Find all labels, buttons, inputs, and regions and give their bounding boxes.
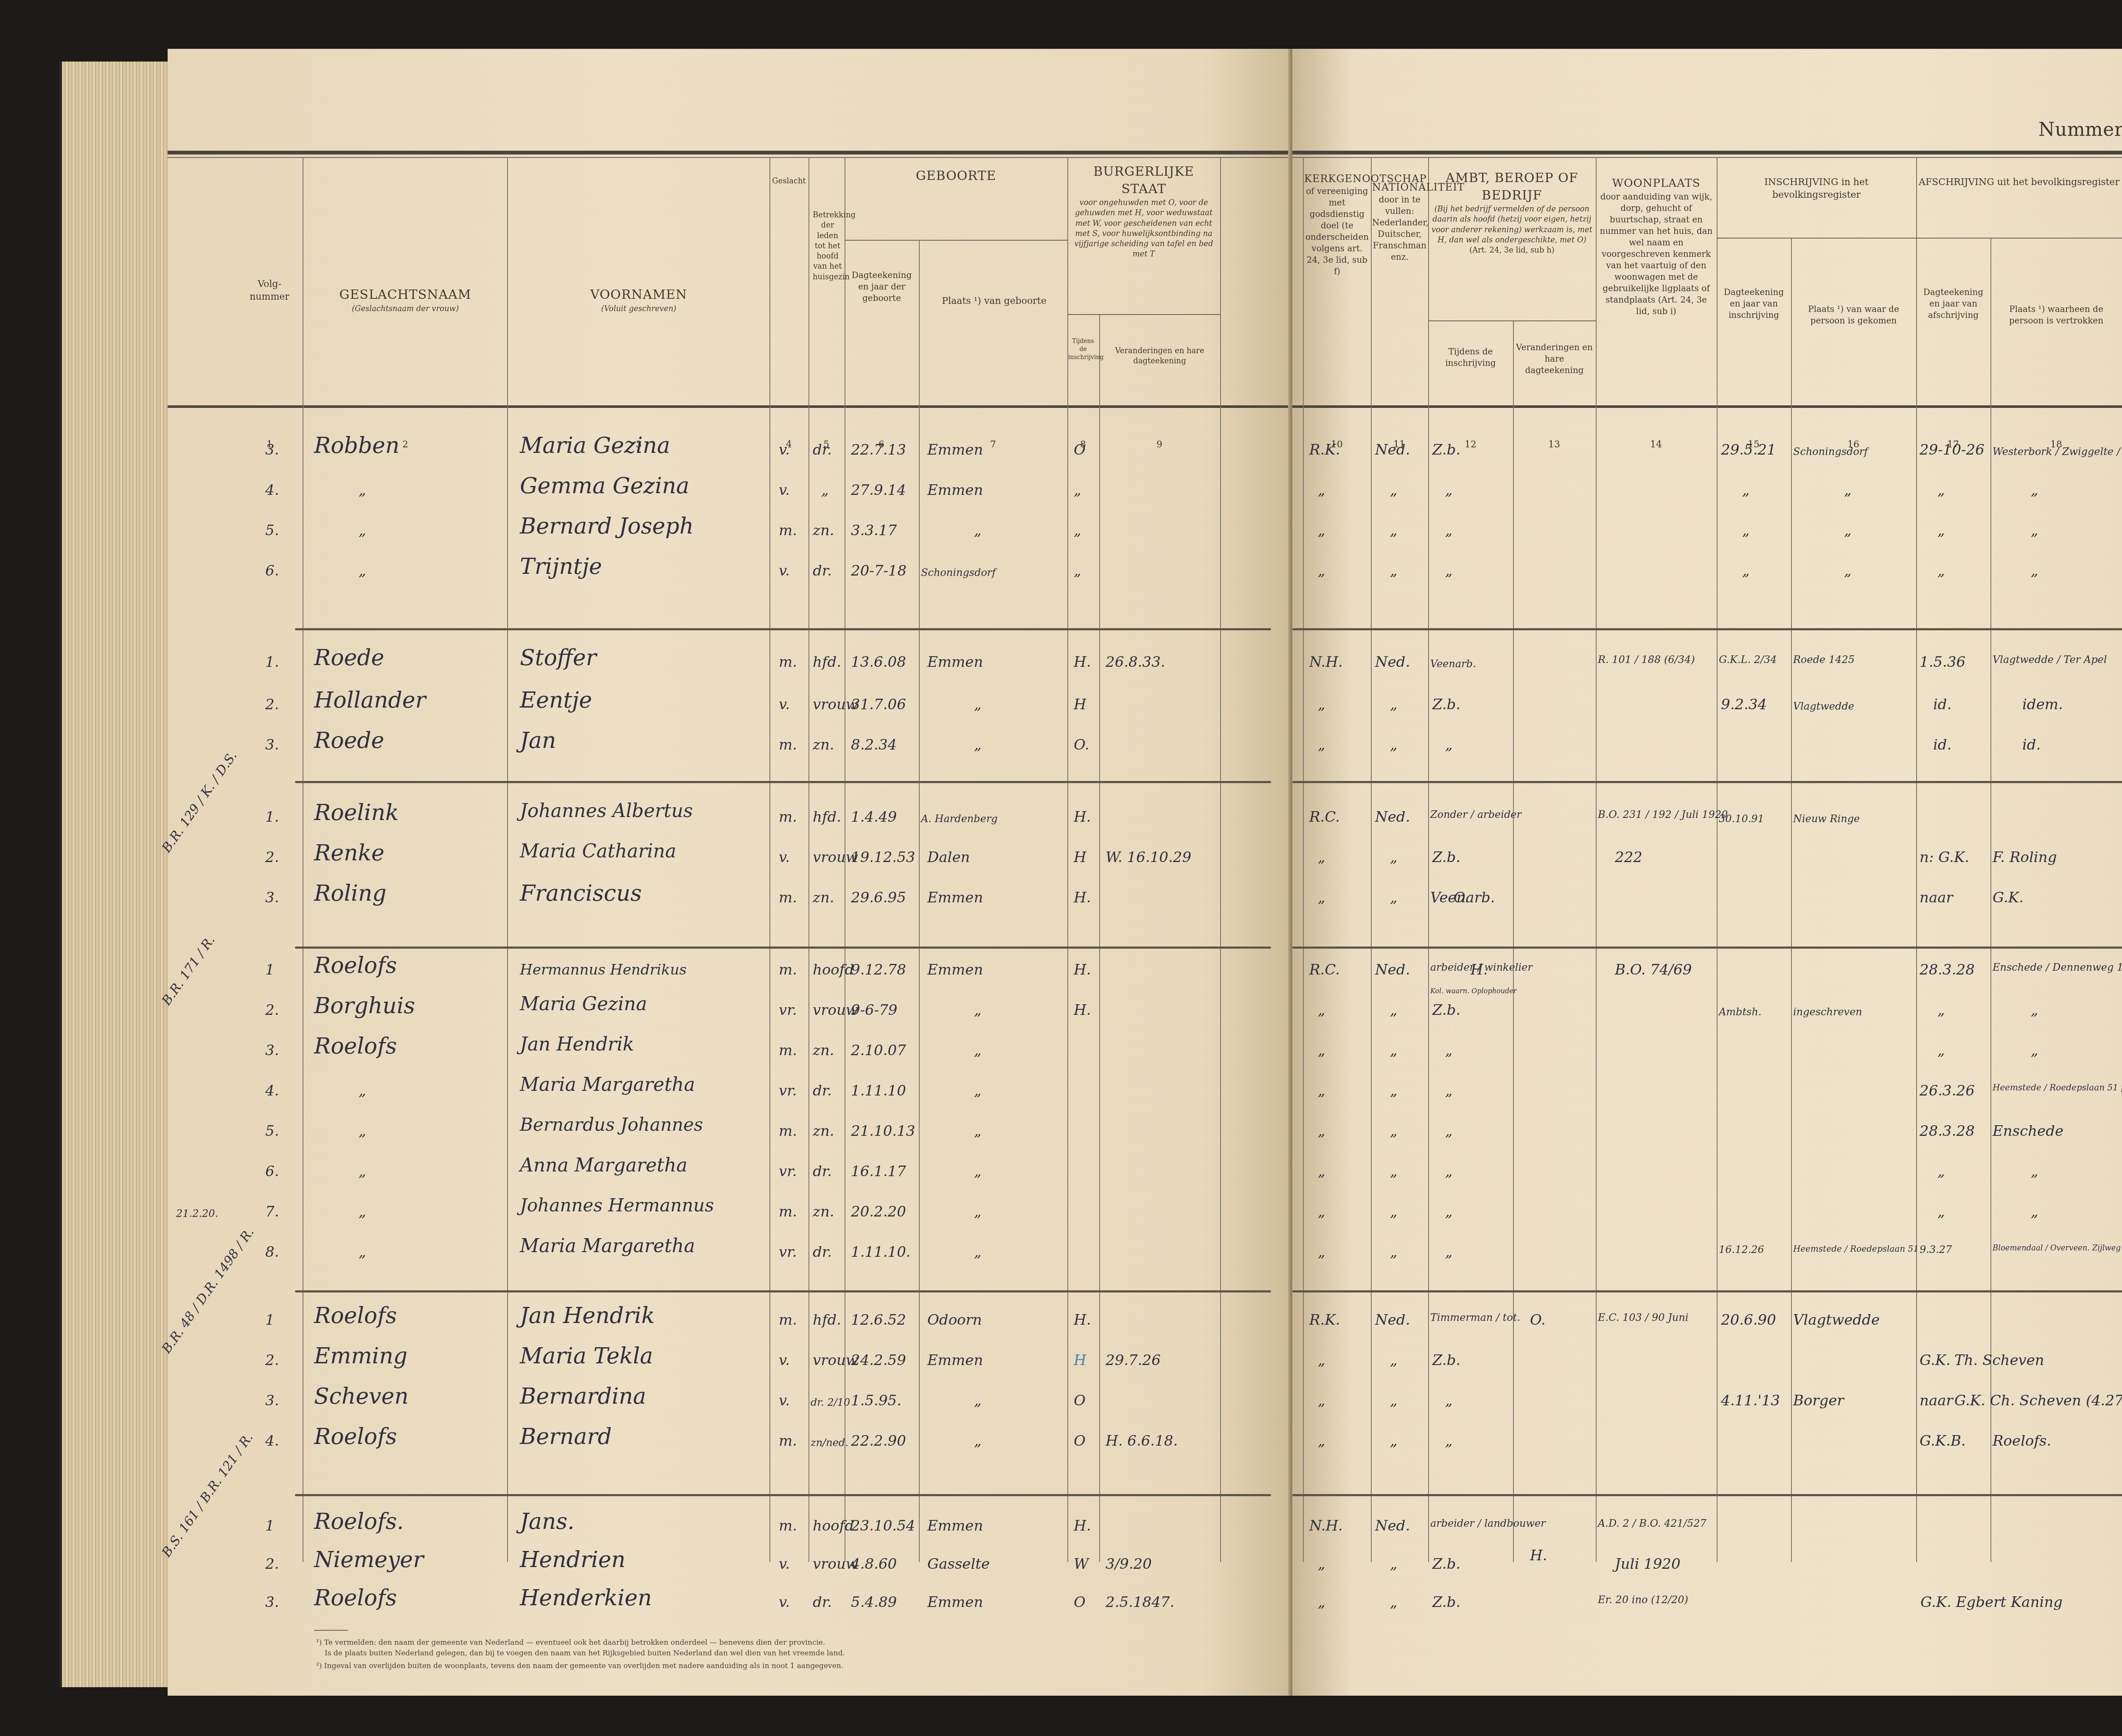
col-divider [919,240,920,1562]
given-names: Bernardina [520,1384,646,1409]
birth-date: 16.1.17 [851,1163,906,1180]
ambt-art: (Art. 24, 3e lid, sub h) [1469,246,1555,255]
relation: hoofd [813,1517,854,1534]
deregistration-date: „ [1937,1002,1945,1019]
surname: Roelofs [314,1303,397,1329]
deregistration-to: „ [2031,522,2038,539]
group-divider [1292,1290,2122,1292]
sex: v. [779,1352,790,1369]
address: Er. 20 ino (12/20) [1598,1594,1688,1606]
given-names: Bernardus Johannes [520,1114,703,1135]
surname: Roelink [314,800,399,826]
given-names: Henderkien [520,1585,652,1611]
church: „ [1318,696,1325,713]
sex: v. [779,482,790,499]
birth-date: 1.11.10. [851,1244,911,1261]
nationality: „ [1390,696,1398,713]
deregistration-to: F. Roling [1993,849,2057,866]
deregistration-to: G.K. Ch. Scheven (4.27) [1954,1392,2122,1409]
header-geslachtsnaam-sub: (Geslachtsnaam der vrouw) [308,304,503,314]
church: R.C. [1309,961,1340,978]
group-divider [1292,781,2122,783]
birth-date: 19.12.53 [851,849,915,866]
nationality: „ [1390,1594,1398,1611]
church: R.K. [1309,1312,1340,1329]
occupation-change: H. [1530,1547,1547,1564]
birth-date: 23.10.54 [851,1517,915,1534]
surname: Roling [314,881,387,906]
relation: dr. 2/10 [811,1396,850,1408]
deregistration-date: 9.3.27 [1920,1244,1952,1256]
occupation: „ [1445,482,1453,499]
occupation-change: H. [1471,961,1488,978]
given-names: Bernard [520,1424,612,1449]
birth-date: 9.12.78 [851,961,906,978]
row-nr: 7. [265,1203,279,1220]
col-divider [303,157,303,1562]
ambt-title: AMBT, BEROEP OF BEDRIJF [1430,170,1594,204]
deregistration-date: n: G.K. [1920,849,1969,866]
surname: Robben [314,433,399,458]
deregistration-date: „ [1937,562,1945,579]
row-nr: 2. [265,1352,279,1369]
registration-date: G.K.L. 2/34 [1719,654,1777,666]
deregistration-to: Enschede / Dennenweg 125 [1993,961,2122,973]
registration-from: Nieuw Ringe [1793,813,1860,825]
birth-place: Odoorn [927,1312,982,1329]
given-names: Johannes Albertus [520,800,693,822]
birth-place: „ [974,522,982,539]
group-divider [295,1290,1271,1292]
nationality: „ [1390,1556,1398,1573]
church: R.K. [1309,441,1340,458]
occupation: Z.b. [1432,696,1460,713]
row-nr: 2. [265,1556,279,1573]
birth-place: Emmen [927,654,983,671]
deregistration-date: „ [1937,1042,1945,1059]
row-nr: 5. [265,1123,279,1140]
colnum-13: 13 [1541,439,1567,450]
row-nr: 3. [265,736,279,753]
given-names: Trijntje [520,554,602,579]
sex: m. [779,809,797,826]
birth-place: „ [974,1082,982,1099]
register-book: Volg-nummer GESLACHTSNAAM (Geslachtsnaam… [59,49,2122,1696]
staat-subrule [1067,314,1220,315]
civil-status: H. [1074,1002,1091,1019]
birth-date: 1.4.49 [851,809,897,826]
nationality: „ [1390,849,1398,866]
occupation: „ [1445,1042,1453,1059]
given-names: Bernard Joseph [520,514,693,539]
left-page: Volg-nummer GESLACHTSNAAM (Geslachtsnaam… [168,49,1292,1696]
nationality: „ [1390,1352,1398,1369]
church: „ [1318,522,1325,539]
col-divider [769,157,770,1562]
civil-status: O. [1074,736,1089,753]
nationality: „ [1390,1203,1398,1220]
header-afschrijving-date: Dagteekening en jaar van afschrijving [1918,287,1988,321]
church: „ [1318,1163,1325,1180]
surname: Roelofs [314,1034,397,1059]
deregistration-date: „ [1937,522,1945,539]
church: „ [1318,849,1325,866]
deregistration-to: Roelofs. [1993,1433,2051,1449]
group-divider [295,781,1271,783]
sex: v. [779,849,790,866]
civil-status: O [1074,1433,1086,1449]
margin-date: 21.2.20. [176,1208,218,1219]
sex: m. [779,1042,797,1059]
row-nr: 3. [265,1594,279,1611]
given-names: Maria Gezina [520,993,647,1015]
nationality: „ [1390,1002,1398,1019]
surname: „ [359,522,366,539]
birth-date: 22.7.13 [851,441,906,458]
occupation: Z.b. [1432,1352,1460,1369]
birth-place: Schoningsdorf [921,567,996,579]
deregistration-to: Bloemendaal / Overveen. Zijlweg 256. [1993,1244,2122,1253]
deregistration-date: „ [1937,1163,1945,1180]
birth-place: „ [974,1433,982,1449]
relation: zn. [813,736,834,753]
row-nr: 3. [265,441,279,458]
colnum-7: 7 [980,439,1006,450]
given-names: Maria Tekla [520,1343,653,1369]
civil-status: O [1074,1594,1086,1611]
civil-change: 2.5.1847. [1106,1594,1174,1611]
sex: vr. [779,1082,797,1099]
deregistration-to: Enschede [1993,1123,2063,1140]
given-names: Stoffer [520,645,596,671]
registration-date: 29.5.21 [1721,441,1776,458]
nationality: Ned. [1375,441,1410,458]
col-divider [1099,314,1100,1562]
birth-place: Emmen [927,889,983,906]
relation: „ [821,482,829,499]
deregistration-date: 1.5.36 [1920,654,1965,671]
deregistration-to: „ [2031,562,2038,579]
header-bottom-rule [1292,405,2122,408]
row-nr: 1. [265,654,279,671]
civil-status: „ [1074,522,1081,539]
registration-from: Vlagtwedde [1793,1312,1880,1329]
occupation: Z.b. [1432,1002,1460,1019]
deregistration-to: „ [2031,1002,2038,1019]
burgerlijke-staat-label: BURGERLIJKE STAAT [1069,163,1218,198]
occupation-change: O. [1454,889,1469,906]
birth-place: A. Hardenberg [921,813,998,825]
civil-status: H. [1074,1517,1091,1534]
occupation: „ [1445,1392,1453,1409]
deregistration-date: naar [1920,1392,1953,1409]
birth-place: Gasselte [927,1556,990,1573]
registration-from: Roede 1425 [1793,654,1855,666]
row-nr: 6. [265,562,279,579]
surname: „ [359,482,366,499]
header-ambt-tijdens: Tijdens de inschrijving [1430,346,1511,369]
occupation: Timmerman / tot. [1430,1312,1520,1323]
occupation: Zonder / arbeider [1430,809,1521,820]
sex: m. [779,654,797,671]
surname: Scheven [314,1384,409,1409]
occupation-note: Kol. waarn. Oplophouder [1430,987,1516,995]
given-names: Franciscus [520,881,642,906]
header-voornamen-sub: (Voluit geschreven) [511,304,766,314]
civil-status: H [1074,1352,1086,1369]
surname: Roelofs. [314,1509,404,1534]
surname: Borghuis [314,993,415,1019]
header-burgerlijke-staat: BURGERLIJKE STAAT voor ongehuwden met O,… [1069,163,1218,260]
registration-date: 4.11.'13 [1721,1392,1780,1409]
burgerlijke-staat-note: voor ongehuwden met O, voor de gehuwden … [1069,198,1218,260]
birth-date: 20.2.20 [851,1203,906,1220]
birth-date: 12.6.52 [851,1312,906,1329]
registration-date: „ [1742,562,1750,579]
nationality: „ [1390,1244,1398,1261]
church: „ [1318,1082,1325,1099]
birth-date: 3.3.17 [851,522,897,539]
nationality: „ [1390,736,1398,753]
birth-place: „ [974,1002,982,1019]
row-nr: 6. [265,1163,279,1180]
deregistration-date: G.K.B. [1920,1433,1966,1449]
given-names: Hendrien [520,1547,626,1573]
given-names: Eentje [520,688,592,713]
civil-status: O [1074,441,1086,458]
civil-status: H. [1074,654,1091,671]
address: A.D. 2 / B.O. 421/527 [1598,1517,1707,1529]
church: „ [1318,482,1325,499]
header-voornamen: VOORNAMEN (Voluit geschreven) [511,287,766,314]
civil-status: H. [1074,809,1091,826]
relation: hfd. [813,654,841,671]
birth-date: 13.6.08 [851,654,906,671]
group-divider [295,628,1271,630]
deregistration-date: id. [1933,696,1951,713]
civil-status: H. [1074,961,1091,978]
deregistration-to: „ [2031,482,2038,499]
civil-status: „ [1074,482,1081,499]
birth-place: „ [974,1244,982,1261]
given-names: Jans. [520,1509,575,1534]
nationality: „ [1390,522,1398,539]
row-nr: 1 [265,961,275,978]
deregistration-date: 28.3.28 [1920,961,1975,978]
church: „ [1318,889,1325,906]
church: „ [1318,1392,1325,1409]
row-nr: 3. [265,1392,279,1409]
registration-from: ingeschreven [1793,1006,1862,1018]
birth-date: 31.7.06 [851,696,906,713]
relation: zn/ned. [811,1437,848,1449]
registration-date: 9.2.34 [1721,696,1767,713]
deregistration-to: „ [2031,1163,2038,1180]
group-divider [295,947,1271,949]
deregistration-date: 29-10-26 [1920,441,1984,458]
registration-from: Borger [1793,1392,1844,1409]
nationality: Ned. [1375,1312,1410,1329]
header-geslacht: Geslacht [770,176,808,186]
relation: zn. [813,1042,834,1059]
birth-date: 20-7-18 [851,562,907,579]
header-voornamen-title: VOORNAMEN [511,287,766,304]
col-divider [1513,320,1514,1562]
right-page: Nummer van het blad KERKGENOOTSCHAP of v… [1292,49,2122,1696]
civil-change: H. 6.6.18. [1106,1433,1178,1449]
relation: zn. [813,1123,834,1140]
deregistration-date: 26.3.26 [1920,1082,1975,1099]
nat-sub: door in te vullen: Nederlander, Duitsche… [1372,194,1429,262]
given-names: Jan Hendrik [520,1303,655,1329]
col-divider [1303,157,1304,1562]
surname: Niemeyer [314,1547,424,1573]
given-names: Anna Margaretha [520,1155,688,1176]
registration-from: „ [1844,482,1852,499]
header-ambt: AMBT, BEROEP OF BEDRIJF (Bij het bedrijf… [1430,170,1594,256]
occupation: „ [1445,1123,1453,1140]
row-nr: 1 [265,1312,275,1329]
sex: v. [779,696,790,713]
header-kerkgenootschap: KERKGENOOTSCHAP of vereeniging met godsd… [1304,172,1370,277]
civil-change: 26.8.33. [1106,654,1165,671]
church: N.H. [1309,654,1343,671]
birth-place: „ [974,696,982,713]
surname: Roede [314,728,384,753]
surname: Renke [314,840,385,866]
row-nr: 4. [265,1433,279,1449]
civil-status: O [1074,1392,1086,1409]
footnote-rule [314,1630,348,1631]
sex: m. [779,522,797,539]
row-nr: 2. [265,849,279,866]
registration-date: Ambtsh. [1719,1006,1762,1018]
colnum-14: 14 [1643,439,1669,450]
birth-place: „ [974,736,982,753]
row-nr: 3. [265,1042,279,1059]
sex: m. [779,1517,797,1534]
birth-place: „ [974,1163,982,1180]
nationality: Ned. [1375,809,1410,826]
civil-change: 3/9.20 [1106,1556,1152,1573]
margin-annotation: B.S. 161 / B.R. 121 / R. [159,1430,256,1560]
colnum-9: 9 [1147,439,1172,450]
row-nr: 5. [265,522,279,539]
header-geslachtsnaam: GESLACHTSNAAM (Geslachtsnaam der vrouw) [308,287,503,314]
deregistration-date: 28.3.28 [1920,1123,1975,1140]
birth-date: 8.2.34 [851,736,897,753]
birth-date: 22.2.90 [851,1433,906,1449]
geboorte-subrule [845,240,1067,241]
address: 222 [1615,849,1642,866]
deregistration-to: id. [2022,736,2041,753]
col-divider [1916,157,1917,1562]
col-divider [1067,157,1068,1562]
sex: v. [779,1594,790,1611]
birth-date: 4.8.60 [851,1556,897,1573]
sex: m. [779,1203,797,1220]
woonplaats-title: WOONPLAATS [1598,176,1715,191]
nationality: Ned. [1375,654,1410,671]
civil-status: „ [1074,562,1081,579]
nationality: Ned. [1375,1517,1410,1534]
surname: Roede [314,645,384,671]
surname: „ [359,1244,366,1261]
occupation: „ [1445,736,1453,753]
given-names: Maria Gezina [520,433,670,458]
top-rule [168,151,1292,154]
relation: zn. [813,1203,834,1220]
deregistration-to: Vlagtwedde / Ter Apel [1993,654,2107,666]
deregistration-date: „ [1937,1203,1945,1220]
geboorte-label: GEBOORTE [847,168,1065,185]
deregistration-date: naar [1920,889,1953,906]
relation: dr. [813,1082,832,1099]
ambt-note: (Bij het bedrijf vermelden of de persoon… [1430,204,1594,245]
given-names: Jan Hendrik [520,1034,634,1055]
header-bottom-rule [168,405,1292,408]
church: „ [1318,562,1325,579]
nationality: „ [1390,1082,1398,1099]
birth-place: Emmen [927,1594,983,1611]
inschrijving-subrule [1717,238,1916,239]
birth-place: Dalen [927,849,970,866]
header-geboorte-place: Plaats ¹) van geboorte [923,295,1065,308]
row-nr: 1 [265,1517,275,1534]
civil-status: H [1074,696,1086,713]
occupation: Veenarb. [1430,658,1476,670]
civil-status: W [1074,1556,1089,1573]
group-divider [1292,947,2122,949]
row-nr: 4. [265,482,279,499]
header-nationaliteit: NATIONALITEIT door in te vullen: Nederla… [1372,180,1427,263]
kerk-title: KERKGENOOTSCHAP [1304,172,1370,185]
surname: Emming [314,1343,407,1369]
address: E.C. 103 / 90 Juni [1598,1312,1688,1323]
church: „ [1318,1203,1325,1220]
row-nr: 1. [265,809,279,826]
header-geboorte-group: GEBOORTE [847,168,1065,185]
footnote-1-cont: Is de plaats buiten Nederland gelegen, d… [325,1649,845,1657]
col-divider [808,157,809,1562]
given-names: Maria Margaretha [520,1074,695,1096]
birth-date: 1.11.10 [851,1082,906,1099]
surname: „ [359,1163,366,1180]
row-nr: 8. [265,1244,279,1261]
header-inschrijving-date: Dagteekening en jaar van inschrijving [1719,287,1789,321]
col-divider [1371,157,1372,1562]
header-betrekking: Betrekking der leden tot het hoofd van h… [813,210,842,282]
occupation: „ [1445,522,1453,539]
birth-date: 24.2.59 [851,1352,906,1369]
row-nr: 3. [265,889,279,906]
birth-date: 9-6-79 [851,1002,898,1019]
occupation: „ [1445,1433,1453,1449]
address: Juli 1920 [1615,1556,1681,1573]
row-nr: 2. [265,696,279,713]
group-divider [295,1494,1271,1496]
birth-place: „ [974,1392,982,1409]
given-names: Maria Margaretha [520,1235,695,1257]
sex: v. [779,562,790,579]
col-divider [1596,157,1597,1562]
sex: m. [779,1312,797,1329]
registration-from: Schoningsdorf [1793,446,1868,458]
birth-date: 27.9.14 [851,482,906,499]
address: B.O. 231 / 192 / Juli 1920 [1598,809,1728,820]
church: „ [1318,1556,1325,1573]
relation: hfd. [813,1312,841,1329]
